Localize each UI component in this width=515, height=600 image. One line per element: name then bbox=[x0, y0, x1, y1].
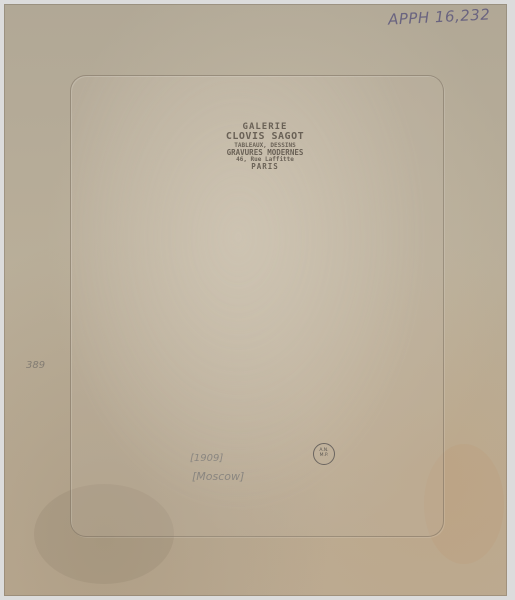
seal-line-2: M.P. bbox=[314, 454, 334, 459]
stamp-line-city: PARIS bbox=[190, 163, 340, 171]
pencil-date: [1909] bbox=[190, 453, 223, 464]
gallery-stamp: GALERIE CLOVIS SAGOT TABLEAUX, DESSINS G… bbox=[190, 123, 340, 171]
margin-note: 389 bbox=[26, 360, 45, 371]
pencil-place: [Moscow] bbox=[192, 470, 244, 483]
collection-seal-icon: A.N. M.P. bbox=[313, 443, 335, 465]
